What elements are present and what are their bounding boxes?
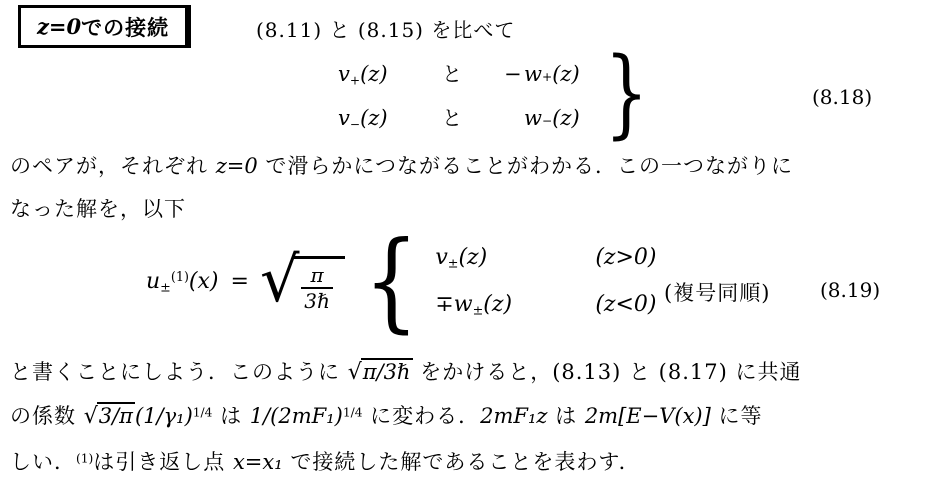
- condition-z-positive: (z>0): [595, 245, 656, 270]
- v-case-expression: v±(z): [435, 245, 595, 272]
- 2mF1-factor-math: 1/(2mF₁): [250, 404, 343, 428]
- radical-sign: √: [348, 360, 362, 385]
- radicand-text: 3/π: [97, 402, 135, 428]
- u-base: u: [146, 269, 160, 294]
- energy-potential-math: 2m[E−V(x)]: [585, 404, 711, 428]
- v-minus-term: v−(z): [338, 106, 442, 131]
- equation-number-8-18: (8.18): [812, 85, 872, 109]
- minus-plus-prefix: ∓: [435, 292, 453, 317]
- radicand-text: π/3ℏ: [361, 358, 413, 384]
- textbook-page: z=0 での接続 (8.11) と (8.15) を比べて v+(z) と −w…: [0, 0, 939, 499]
- w-plus-term: −w+(z): [504, 62, 580, 86]
- and-conjunction: と: [442, 58, 504, 87]
- and-conjunction: と: [442, 102, 504, 131]
- w-base: w: [454, 292, 473, 317]
- text-run: をかけると，(8.13) と (8.17) に共通: [413, 360, 802, 384]
- text-run: しい．: [10, 450, 76, 474]
- text-run: のペアが，それぞれ: [10, 154, 216, 178]
- superscript-one: (1): [76, 451, 93, 465]
- turning-point-math: x=x₁: [233, 450, 283, 474]
- fraction-numerator: π: [301, 264, 332, 287]
- minus-subscript: −: [350, 117, 360, 131]
- minus-subscript: −: [542, 114, 552, 128]
- 2mF1z-math: 2mF₁z: [480, 404, 547, 428]
- text-run: は: [212, 404, 249, 428]
- z-argument: (z): [458, 245, 487, 270]
- section-heading-box: z=0 での接続: [18, 5, 191, 48]
- condition-z-negative: (z<0): [595, 292, 656, 317]
- paragraph-connection-line-1: のペアが，それぞれ z=0 で滑らかにつながることがわかる．この一つながりに: [10, 150, 793, 180]
- text-run: で接続した解であることを表わす．: [283, 450, 641, 474]
- fraction-denominator: 3ℏ: [304, 289, 330, 312]
- w-minus-term: w−(z): [504, 106, 580, 130]
- exponent-quarter: 1/4: [343, 405, 363, 419]
- case-row-negative-z: ∓w±(z) (z<0): [435, 292, 656, 319]
- connection-pairs: v+(z) と −w+(z) v−(z) と w−(z): [338, 58, 580, 129]
- text-run: は引き返し点: [93, 450, 233, 474]
- paragraph-connection-line-2: なった解を，以下: [10, 193, 186, 223]
- text-run: に変わる．: [362, 404, 480, 428]
- heading-label: での接続: [81, 12, 169, 42]
- plus-minus-subscript: ±: [473, 304, 484, 319]
- inline-radical-pi-3hbar: √π/3ℏ: [348, 360, 413, 384]
- radicand: π 3ℏ: [293, 256, 344, 312]
- connection-pair-row-minus: v−(z) と w−(z): [338, 102, 580, 129]
- w-base: w: [524, 62, 542, 86]
- plus-subscript: +: [350, 73, 360, 87]
- plus-minus-subscript: ±: [160, 280, 171, 295]
- intro-text: (8.11) と (8.15) を比べて: [256, 14, 515, 43]
- plus-subscript: +: [542, 70, 552, 84]
- text-run: で滑らかにつながることがわかる．この一つながりに: [258, 154, 793, 178]
- connection-pair-row-plus: v+(z) と −w+(z): [338, 58, 580, 85]
- gamma-factor-math: (1/γ₁): [135, 404, 193, 428]
- equation-number-8-19: (8.19): [820, 278, 880, 302]
- u-function-lhs: u±(1)(x)=: [146, 269, 260, 296]
- paragraph-explanation-line-2: の係数 √3/π(1/γ₁)1/4 は 1/(2mF₁)1/4 に変わる．2mF…: [10, 400, 762, 430]
- v-plus-term: v+(z): [338, 62, 442, 87]
- z-equals-zero-math: z=0: [216, 154, 258, 178]
- text-run: は: [547, 404, 584, 428]
- v-base: v: [338, 62, 350, 86]
- v-base: v: [338, 106, 350, 130]
- superscript-one: (1): [171, 270, 189, 285]
- text-run: と書くことにしよう．このように: [10, 360, 348, 384]
- equals-sign: =: [231, 269, 249, 294]
- sign-convention-note: (複号同順): [664, 277, 770, 307]
- w-case-expression: ∓w±(z): [435, 292, 595, 319]
- exponent-quarter: 1/4: [193, 405, 213, 419]
- case-row-positive-z: v±(z) (z>0): [435, 245, 656, 272]
- paragraph-explanation-line-1: と書くことにしよう．このように √π/3ℏ をかけると，(8.13) と (8.…: [10, 356, 802, 386]
- pi-over-3hbar-fraction: π 3ℏ: [301, 264, 332, 312]
- x-argument: (x): [189, 269, 219, 294]
- plus-minus-subscript: ±: [448, 257, 459, 272]
- inline-radical-3-pi: √3/π: [84, 404, 135, 428]
- cases-list: v±(z) (z>0) ∓w±(z) (z<0): [435, 245, 656, 319]
- radical-coefficient: √ π 3ℏ: [260, 252, 345, 312]
- w-base: w: [524, 106, 542, 130]
- z-argument: (z): [552, 106, 579, 130]
- z-argument: (z): [552, 62, 579, 86]
- heading-math: z=0: [37, 14, 81, 39]
- left-brace: {: [363, 239, 418, 325]
- v-base: v: [435, 245, 447, 270]
- z-argument: (z): [360, 62, 387, 86]
- text-run: に等: [711, 404, 763, 428]
- radical-sign: √: [84, 404, 98, 429]
- paragraph-explanation-line-3: しい．(1)は引き返し点 x=x₁ で接続した解であることを表わす．: [10, 446, 641, 476]
- text-run: の係数: [10, 404, 84, 428]
- minus-sign: −: [504, 62, 524, 86]
- equation-8-18: v+(z) と −w+(z) v−(z) と w−(z) }: [338, 57, 657, 129]
- right-brace: }: [604, 57, 648, 129]
- z-argument: (z): [483, 292, 512, 317]
- z-argument: (z): [360, 106, 387, 130]
- equation-8-19: u±(1)(x)= √ π 3ℏ { v±(z) (z>0) ∓w±(z) (z…: [146, 237, 657, 327]
